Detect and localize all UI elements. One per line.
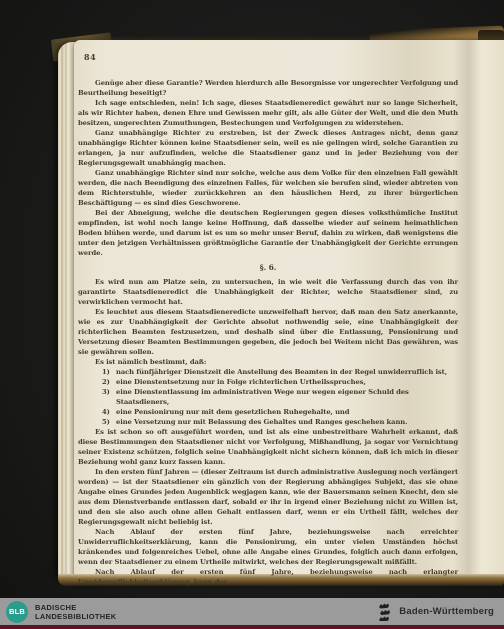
list-item: 1) nach fünfjähriger Dienstzeit die Anst… [102,367,458,377]
list-item-text: nach fünfjähriger Dienstzeit die Anstell… [116,367,458,377]
paragraph: Ich sage entschieden, nein! Ich sage, di… [78,98,458,128]
list-item-number: 1) [102,367,116,377]
paragraph: Es leuchtet aus diesem Staatsdieneredict… [78,307,458,357]
paragraph: Genüge aber diese Garantie? Werden hierd… [78,78,458,98]
library-name: BADISCHE LANDESBIBLIOTHEK [35,603,116,621]
section-heading: §. 6. [78,263,458,273]
paragraph: Ganz unabhängige Richter sind nur solche… [78,168,458,208]
list-item-number: 5) [102,417,116,427]
paragraph: Es ist nämlich bestimmt, daß: [78,357,458,367]
list-item: 4) eine Pensionirung nur mit dem gesetzl… [102,407,458,417]
book-photo-background: 84 Genüge aber diese Garantie? Werden hi… [0,0,504,629]
paragraph: Nach Ablauf der ersten fünf Jahre, bezie… [78,527,458,567]
library-name-line2: LANDESBIBLIOTHEK [35,612,116,621]
list-item-text: eine Pensionirung nur mit dem gesetzlich… [116,407,458,417]
list-item: 5) eine Versetzung nur mit Belassung des… [102,417,458,427]
list-item-text: eine Dienstentsetzung nur in Folge richt… [116,377,458,387]
state-label: Baden-Württemberg [399,606,494,617]
page-number: 84 [84,52,96,62]
paragraph: Nach Ablauf der ersten fünf Jahre, bezie… [78,567,458,587]
list-item-text: eine Dienstentlassung im administrativen… [116,387,458,407]
list-item: 3) eine Dienstentlassung im administrati… [102,387,458,407]
list-item-number: 3) [102,387,116,407]
list-item-number: 2) [102,377,116,387]
library-name-line1: BADISCHE [35,603,77,612]
list-item-number: 4) [102,407,116,417]
paragraph: Ganz unabhängige Richter zu erstreben, i… [78,128,458,168]
blb-logo: BLB [6,601,28,623]
paragraph: Es wird nun am Platze sein, zu untersuch… [78,277,458,307]
numbered-list: 1) nach fünfjähriger Dienstzeit die Anst… [78,367,458,427]
library-branding: BLB BADISCHE LANDESBIBLIOTHEK [6,601,116,623]
list-item: 2) eine Dienstentsetzung nur in Folge ri… [102,377,458,387]
paragraph: Bei der Abneigung, welche die deutschen … [78,208,458,258]
viewer-footer-bar: BLB BADISCHE LANDESBIBLIOTHEK Baden-Würt… [0,598,504,629]
paragraph: Es ist schon so oft ausgeführt worden, u… [78,427,458,467]
paragraph: In den ersten fünf Jahren — (dieser Zeit… [78,467,458,527]
baden-wuerttemberg-crest-icon [378,602,393,621]
list-item-text: eine Versetzung nur mit Belassung des Ge… [116,417,458,427]
page-text-block: Genüge aber diese Garantie? Werden hierd… [78,78,458,587]
state-branding: Baden-Württemberg [378,602,494,621]
